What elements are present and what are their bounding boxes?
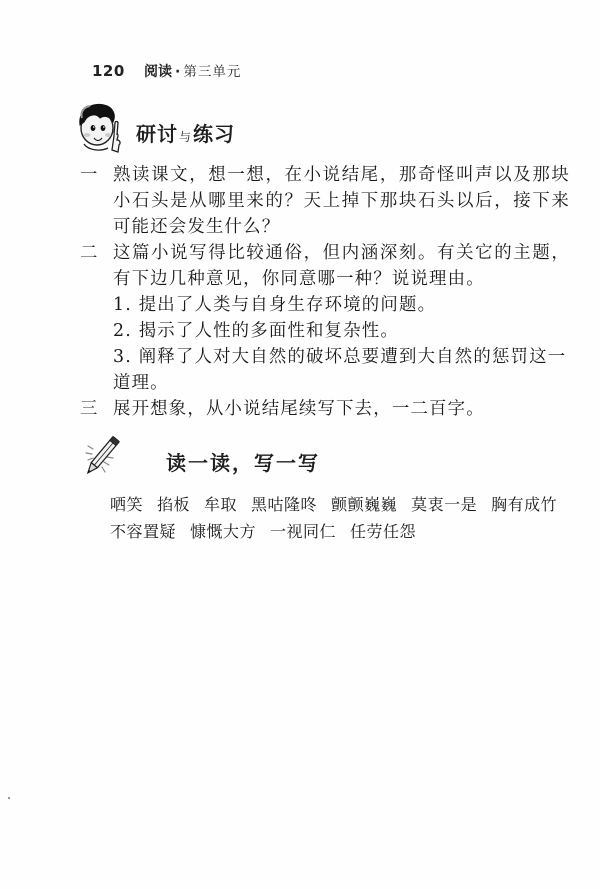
title-part-1: 研讨 <box>136 122 178 146</box>
read-write-heading: 读一读，写一写 <box>82 432 320 484</box>
page-number: 120 <box>92 62 144 80</box>
cartoon-boy-icon <box>70 98 130 160</box>
vocab-word: 黑咕隆咚 <box>251 491 317 518</box>
question-number: 一 <box>80 162 99 188</box>
vocab-word: 哂笑 <box>110 491 143 518</box>
sub-item: 1. 提出了人类与自身生存环境的问题。 <box>113 292 570 318</box>
title-part-2: 练习 <box>193 122 235 146</box>
vocab-word: 胸有成竹 <box>491 491 557 518</box>
discussion-title: 研讨与练习 <box>136 118 235 147</box>
question-item: 一 熟读课文，想一想，在小说结尾，那奇怪叫声以及那块小石头是从哪里来的？天上掉下… <box>80 162 570 240</box>
vocab-word: 颤颤巍巍 <box>331 491 397 518</box>
question-text: 这篇小说写得比较通俗，但内涵深刻。有关它的主题，有下边几种意见，你同意哪一种？说… <box>113 240 570 292</box>
vocab-word: 牟取 <box>204 491 237 518</box>
question-number: 二 <box>80 240 99 266</box>
unit-label: 第三单元 <box>183 60 241 80</box>
vocab-word: 慷慨大方 <box>190 518 256 545</box>
pencil-icon <box>82 432 122 484</box>
textbook-page: 120 阅读 · 第三单元 <box>0 0 600 889</box>
scan-speck <box>8 797 10 799</box>
question-item: 三 展开想象，从小说结尾续写下去，一二百字。 <box>80 396 570 422</box>
question-item: 二 这篇小说写得比较通俗，但内涵深刻。有关它的主题，有下边几种意见，你同意哪一种… <box>80 240 570 396</box>
discussion-heading: 研讨与练习 <box>70 98 235 160</box>
section-label: 阅读 <box>144 61 172 81</box>
vocab-word: 不容置疑 <box>110 518 176 545</box>
vocab-word: 任劳任怨 <box>350 518 416 545</box>
vocab-word: 莫衷一是 <box>411 491 477 518</box>
question-text: 熟读课文，想一想，在小说结尾，那奇怪叫声以及那块小石头是从哪里来的？天上掉下那块… <box>113 162 570 240</box>
question-number: 三 <box>80 396 99 422</box>
read-write-title: 读一读，写一写 <box>166 447 320 476</box>
vocab-word: 掐板 <box>157 491 190 518</box>
running-header: 120 阅读 · 第三单元 <box>92 60 241 81</box>
sub-item: 3. 阐释了人对大自然的破坏总要遭到大自然的惩罚这一道理。 <box>113 344 570 396</box>
question-list: 一 熟读课文，想一想，在小说结尾，那奇怪叫声以及那块小石头是从哪里来的？天上掉下… <box>80 162 570 422</box>
vocab-word: 一视同仁 <box>270 518 336 545</box>
question-text: 展开想象，从小说结尾续写下去，一二百字。 <box>113 396 570 422</box>
sub-item: 2. 揭示了人性的多面性和复杂性。 <box>113 318 570 344</box>
vocabulary-list: 哂笑掐板牟取黑咕隆咚颤颤巍巍莫衷一是胸有成竹 不容置疑慷慨大方一视同仁任劳任怨 <box>110 491 580 545</box>
header-separator: · <box>175 64 180 80</box>
title-connector: 与 <box>179 130 192 144</box>
